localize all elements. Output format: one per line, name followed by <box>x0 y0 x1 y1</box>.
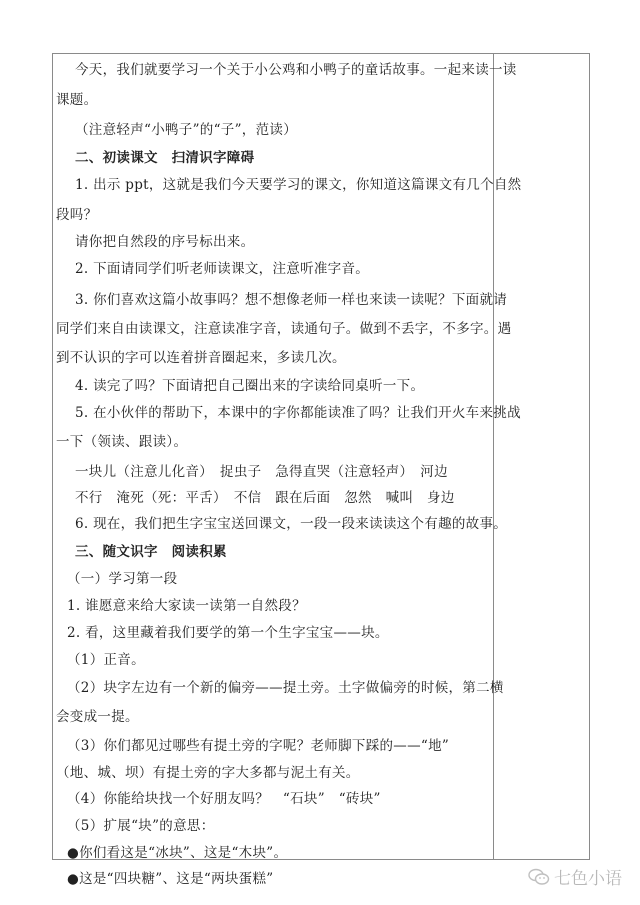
section-heading: 二、初读课文 扫清识字障碍 <box>75 150 254 166</box>
text-line: 2. 下面请同学们听老师读课文，注意听准字音。 <box>75 261 369 277</box>
lesson-content-column: 今天，我们就要学习一个关于小公鸡和小鸭子的童话故事。一起来读一读课题。（注意轻声… <box>53 54 494 859</box>
notes-column <box>494 54 589 859</box>
text-line: （注意轻声“小鸭子”的“子”，范读） <box>75 122 297 138</box>
text-line: 3. 你们喜欢这篇小故事吗？想不想像老师一样也来读一读呢？下面就请 <box>75 292 507 308</box>
text-line: ●这是“四块糖”、这是“两块蛋糕” <box>67 871 274 887</box>
text-line: 今天，我们就要学习一个关于小公鸡和小鸭子的童话故事。一起来读一读 <box>75 62 517 78</box>
text-line: 一下（领读、跟读）。 <box>56 434 187 450</box>
text-line: （2）块字左边有一个新的偏旁——提土旁。土字做偏旁的时候，第二横 <box>67 680 504 696</box>
watermark-text: 七色小语 <box>554 864 622 889</box>
text-line: 段吗？ <box>56 207 97 223</box>
section-heading: 三、随文识字 阅读积累 <box>75 544 227 560</box>
text-line: （5）扩展“块”的意思： <box>67 818 215 834</box>
text-line: 到不认识的字可以连着拼音圈起来，多读几次。 <box>56 350 346 366</box>
text-line: ●你们看这是“冰块”、这是“木块”。 <box>67 845 287 861</box>
text-line: 同学们来自由读课文，注意读准字音，读通句子。做到不丢字，不多字。遇 <box>56 321 511 337</box>
text-line: （地、城、坝）有提土旁的字大多都与泥土有关。 <box>56 765 360 781</box>
watermark: 七色小语 <box>528 864 622 889</box>
text-line: （一）学习第一段 <box>67 571 177 587</box>
text-line: （4）你能给块找一个好朋友吗？ “石块” “砖块” <box>67 791 381 807</box>
text-line: 4. 读完了吗？下面请把自己圈出来的字读给同桌听一下。 <box>75 378 424 394</box>
text-line: 不行 淹死（死：平舌） 不信 跟在后面 忽然 喊叫 身边 <box>75 490 455 506</box>
text-line: （1）正音。 <box>67 652 145 668</box>
text-line: 请你把自然段的序号标出来。 <box>75 234 254 250</box>
text-line: 1. 出示 ppt，这就是我们今天要学习的课文，你知道这篇课文有几个自然 <box>75 177 521 193</box>
text-line: 6. 现在，我们把生字宝宝送回课文，一段一段来读读这个有趣的故事。 <box>75 516 507 532</box>
lesson-plan-table: 今天，我们就要学习一个关于小公鸡和小鸭子的童话故事。一起来读一读课题。（注意轻声… <box>52 53 590 860</box>
text-line: 一块儿（注意儿化音） 捉虫子 急得直哭（注意轻声） 河边 <box>75 464 448 480</box>
text-line: 2. 看，这里藏着我们要学的第一个生字宝宝——块。 <box>67 625 389 641</box>
text-line: 1. 谁愿意来给大家读一读第一自然段？ <box>67 598 306 614</box>
text-line: （3）你们都见过哪些有提土旁的字呢？老师脚下踩的——“地” <box>67 738 449 754</box>
text-line: 会变成一提。 <box>56 709 139 725</box>
wechat-icon <box>528 868 550 886</box>
text-line: 5. 在小伙伴的帮助下，本课中的字你都能读准了吗？让我们开火车来挑战 <box>75 405 521 421</box>
text-line: 课题。 <box>56 92 97 108</box>
